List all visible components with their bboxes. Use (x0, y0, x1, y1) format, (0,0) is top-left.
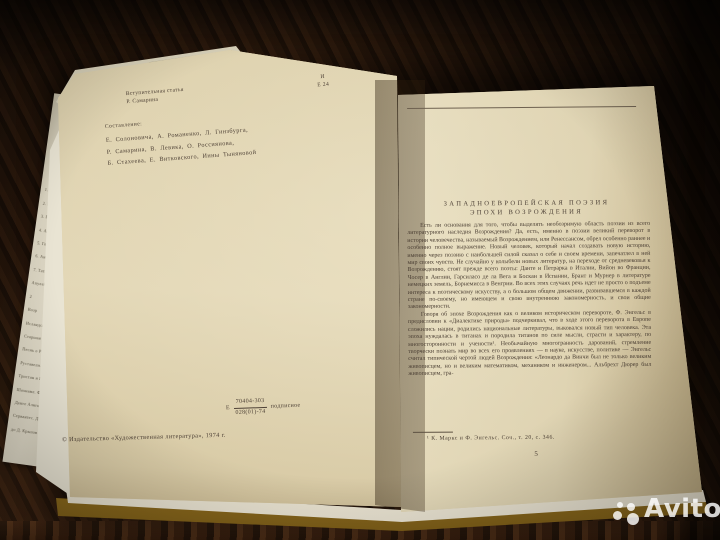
code-denominator: 028(01)-74 (234, 407, 267, 417)
avito-logo-icon (627, 503, 635, 511)
code-suffix: подписное (271, 403, 301, 410)
book-photo: СЕРлитератураюкссреднихвек1 д1. Поэзия и… (0, 0, 720, 540)
footnote: ¹ К. Маркс и Ф. Энгельс. Соч., т. 20, с.… (409, 434, 652, 442)
left-page-content: И Е 24 Вступительная статья Р. Самарина … (58, 70, 403, 500)
avito-watermark: Avito (588, 492, 720, 538)
text-line: Есть ли основания для того, чтобы выделя… (407, 221, 651, 312)
text-line: Говоря об эпохе Возрождения как о велико… (408, 310, 652, 379)
library-classification-stamp: И Е 24 (310, 73, 337, 90)
avito-logo-icon (627, 513, 639, 525)
footnote-rule (413, 432, 453, 433)
avito-logo-icon (617, 502, 623, 508)
avito-logo-icon (613, 511, 622, 520)
code-prefix: Е (226, 405, 230, 411)
avito-wordmark: Avito (644, 494, 720, 524)
copyright-line: © Издательство «Художественная литератур… (62, 432, 226, 444)
chapter-heading: ЗАПАДНОЕВРОПЕЙСКАЯ ПОЭЗИЯ ЭПОХИ ВОЗРОЖДЕ… (405, 198, 648, 219)
body-text: Есть ли основания для того, чтобы выделя… (407, 221, 651, 379)
intro-credit: Вступительная статья Р. Самарина (125, 86, 184, 106)
publication-code: Е 70404-303 028(01)-74 подписное (226, 397, 301, 418)
stamp-code: Е 24 (310, 81, 336, 90)
header-rule (407, 106, 636, 109)
code-fraction: 70404-303 028(01)-74 (234, 398, 267, 417)
compilation-credit: Составление: Е. Солоновича, А. Романенко… (105, 104, 378, 169)
page-number: 5 (407, 449, 665, 459)
heading-line-2: ЭПОХИ ВОЗРОЖДЕНИЯ (405, 207, 648, 219)
right-page-content: ЗАПАДНОЕВРОПЕЙСКАЯ ПОЭЗИЯ ЭПОХИ ВОЗРОЖДЕ… (404, 94, 657, 496)
